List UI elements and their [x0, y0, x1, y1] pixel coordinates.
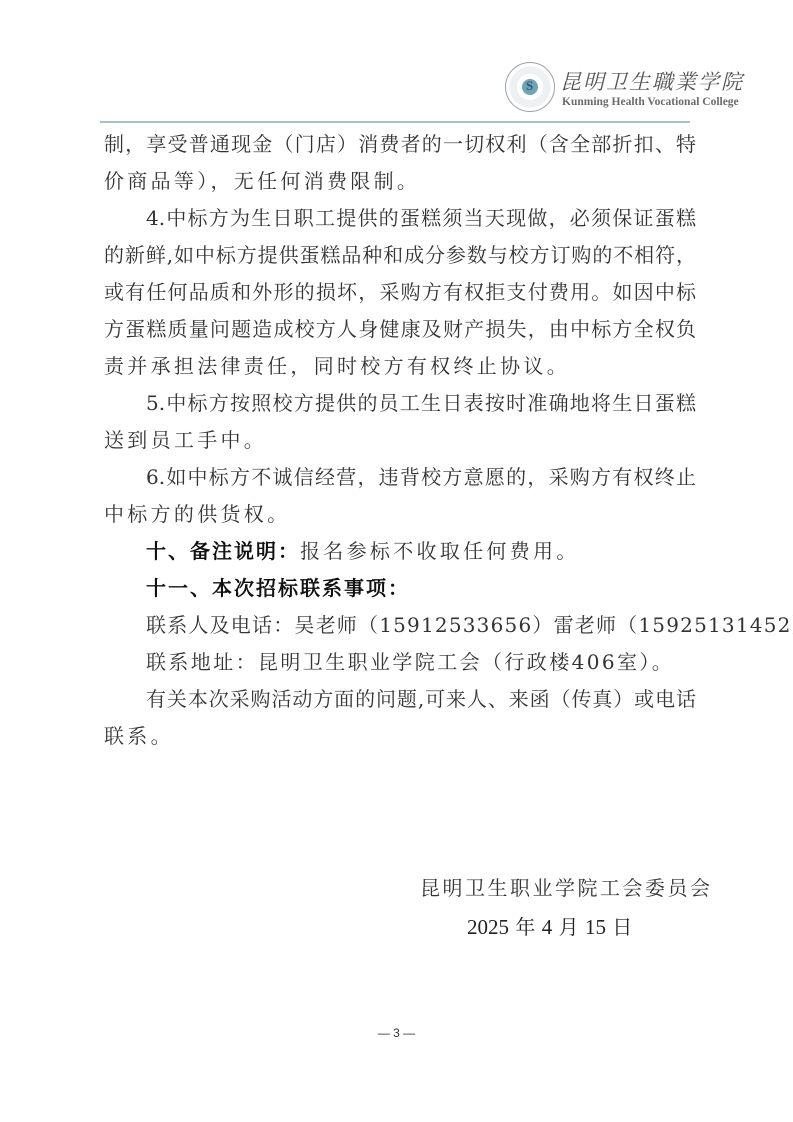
section-11: 十一、本次招标联系事项： [104, 570, 696, 607]
college-seal-icon [505, 62, 555, 112]
paragraph-line: 方蛋糕质量问题造成校方人身健康及财产损失，由中标方全权负 [104, 311, 696, 348]
date-year-unit: 年 [515, 915, 535, 939]
date-month: 4 [542, 915, 553, 939]
signature-date: 2025 年 4 月 15 日 [467, 911, 632, 940]
paragraph-line: 送到员工手中。 [104, 422, 696, 459]
paragraph-line: 的新鲜,如中标方提供蛋糕品种和成分参数与校方订购的不相符， [104, 237, 696, 274]
signature-org: 昆明卫生职业学院工会委员会 [420, 872, 713, 901]
clause-4-line: 4.中标方为生日职工提供的蛋糕须当天现做，必须保证蛋糕 [104, 200, 696, 237]
paragraph-line: 责并承担法律责任，同时校方有权终止协议。 [104, 348, 696, 385]
inquiry-line: 有关本次采购活动方面的问题,可来人、来函（传真）或电话 [104, 681, 696, 718]
date-day: 15 [585, 915, 606, 939]
address-line: 联系地址：昆明卫生职业学院工会（行政楼406室）。 [104, 644, 696, 681]
section-10-text: 报名参标不收取任何费用。 [300, 539, 580, 563]
paragraph-line: 中标方的供货权。 [104, 496, 696, 533]
page-header: 昆明卫生職業学院 Kunming Health Vocational Colle… [0, 0, 793, 125]
clause-5-line: 5.中标方按照校方提供的员工生日表按时准确地将生日蛋糕 [104, 385, 696, 422]
section-10-heading: 十、备注说明： [146, 539, 300, 563]
header-divider [100, 121, 690, 123]
paragraph-line: 价商品等），无任何消费限制。 [104, 163, 696, 200]
date-year: 2025 [467, 915, 509, 939]
page-number: — 3 — [0, 1026, 793, 1040]
date-day-unit: 日 [612, 915, 632, 939]
school-name-en: Kunming Health Vocational College [562, 96, 739, 108]
school-name-cn: 昆明卫生職業学院 [560, 66, 744, 96]
date-month-unit: 月 [559, 915, 579, 939]
paragraph-line: 或有任何品质和外形的损坏，采购方有权拒支付费用。如因中标 [104, 274, 696, 311]
clause-6-line: 6.如中标方不诚信经营，违背校方意愿的，采购方有权终止 [104, 459, 696, 496]
document-body: 制，享受普通现金（门店）消费者的一切权利（含全部折扣、特 价商品等），无任何消费… [104, 126, 696, 755]
inquiry-line: 联系。 [104, 718, 696, 755]
section-11-heading: 十一、本次招标联系事项： [146, 576, 410, 600]
contact-line: 联系人及电话：吴老师（15912533656）雷老师（15925131452） [104, 607, 696, 644]
section-10: 十、备注说明：报名参标不收取任何费用。 [104, 533, 696, 570]
paragraph-line: 制，享受普通现金（门店）消费者的一切权利（含全部折扣、特 [104, 126, 696, 163]
